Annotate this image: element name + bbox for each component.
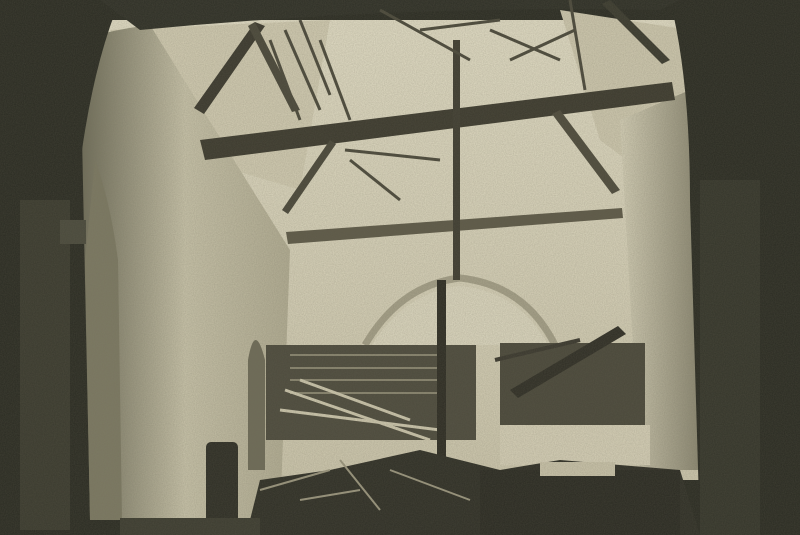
photo-scene [0,0,800,535]
church-ruins-photo [0,0,800,535]
